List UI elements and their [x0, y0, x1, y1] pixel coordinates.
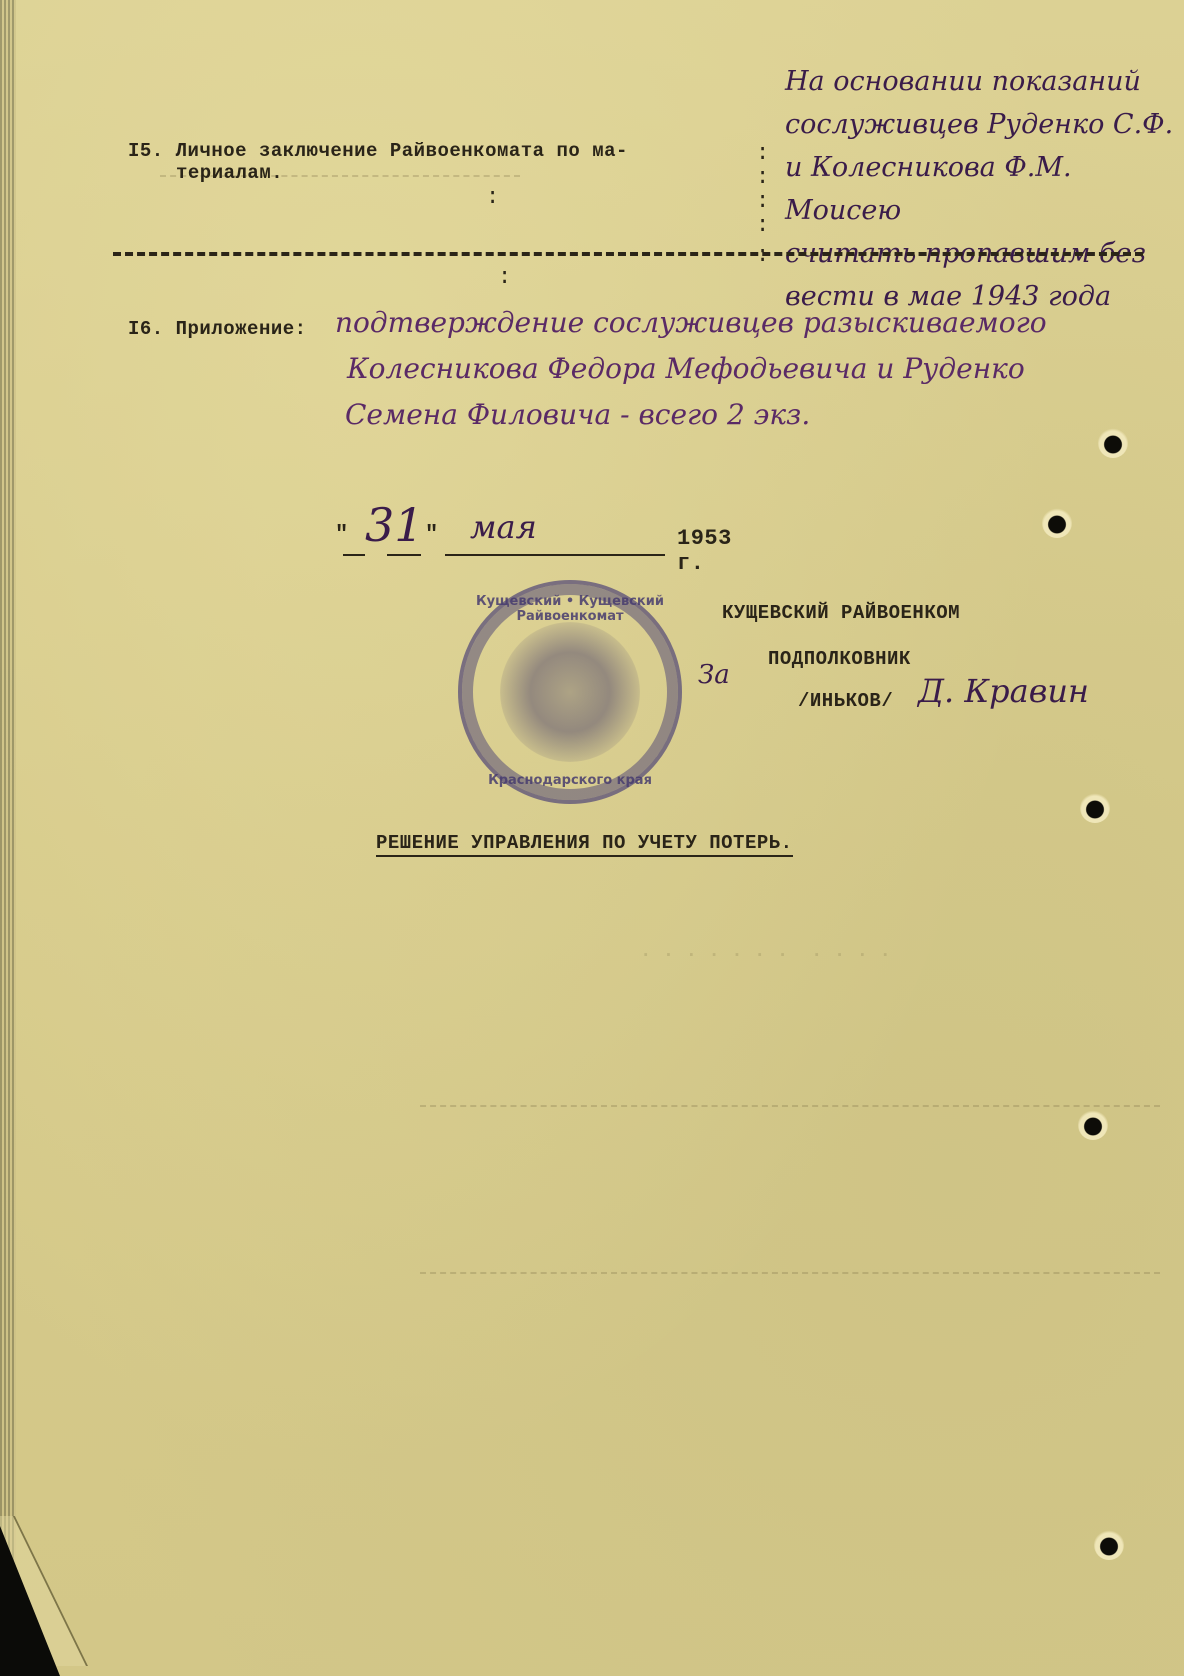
column-separator: :::: [756, 142, 769, 238]
coat-of-arms-emblem [500, 622, 640, 762]
conclusion-line: На основании показаний [785, 60, 1184, 103]
item-15-label: I5. Личное заключение Райвоенкомата по м… [128, 140, 628, 184]
date-year: 1953 г. [677, 526, 732, 576]
column-separator: : [756, 244, 769, 268]
show-through-rule [420, 1272, 1160, 1274]
stamp-text-top: Кущевский • Кущевский Райвоенкомат [462, 594, 678, 624]
column-separator: : [498, 266, 511, 290]
conclusion-line: и Колесникова Ф.М. Моисею [785, 146, 1184, 232]
stamp-text-bottom: Краснодарского края [462, 773, 678, 788]
decision-heading: РЕШЕНИЕ УПРАВЛЕНИЯ ПО УЧЕТУ ПОТЕРЬ. [376, 832, 793, 857]
proxy-mark: За [698, 660, 730, 690]
date-underline [387, 554, 421, 556]
item-15-text-line1: Личное заключение Райвоенкомата по ма- [176, 140, 628, 162]
show-through-rule [420, 1105, 1160, 1107]
attachment-line: Колесникова Федора Мефодьевича и Руденко [335, 346, 1175, 392]
quote-mark: " [425, 522, 438, 547]
officer-name: /ИНЬКОВ/ [798, 690, 893, 712]
item-15-number: I5. [128, 140, 164, 162]
item-16-label: I6. Приложение: [128, 318, 307, 340]
date-day: 31 [365, 498, 424, 552]
quote-mark: " [335, 522, 348, 547]
handwritten-signature: Д. Кравин [918, 672, 1089, 710]
date-underline [445, 554, 665, 556]
document-page: . . . . . . . . . . . I5. Личное заключе… [0, 0, 1184, 1676]
punch-hole [1080, 793, 1110, 823]
punch-hole [1042, 508, 1072, 538]
column-separator: : [486, 186, 499, 210]
attachment-line: подтверждение сослуживцев разыскиваемого [335, 300, 1175, 346]
punch-hole [1078, 1110, 1108, 1140]
handwritten-conclusion: На основании показаний сослуживцев Руден… [785, 60, 1184, 318]
date-month: мая [470, 508, 537, 546]
handwritten-attachment: подтверждение сослуживцев разыскиваемого… [335, 300, 1175, 438]
item-16-text: Приложение: [176, 318, 307, 340]
punch-hole [1094, 1530, 1124, 1560]
attachment-line: Семена Филовича - всего 2 экз. [335, 392, 1175, 438]
date-underline [343, 554, 365, 556]
rank-title: ПОДПОЛКОВНИК [768, 648, 911, 670]
show-through-text: . . . . . . . . . . . [640, 940, 891, 962]
item-16-number: I6. [128, 318, 164, 340]
item-15-text-line2: териалам. [128, 162, 628, 184]
conclusion-line: сослуживцев Руденко С.Ф. [785, 103, 1184, 146]
official-stamp: Кущевский • Кущевский Райвоенкомат Красн… [458, 580, 682, 804]
scan-edge [0, 0, 16, 1676]
office-title: КУЩЕВСКИЙ РАЙВОЕНКОМ [722, 602, 960, 624]
torn-corner [0, 1526, 60, 1676]
dashed-divider [113, 252, 1143, 256]
punch-hole [1098, 428, 1128, 458]
